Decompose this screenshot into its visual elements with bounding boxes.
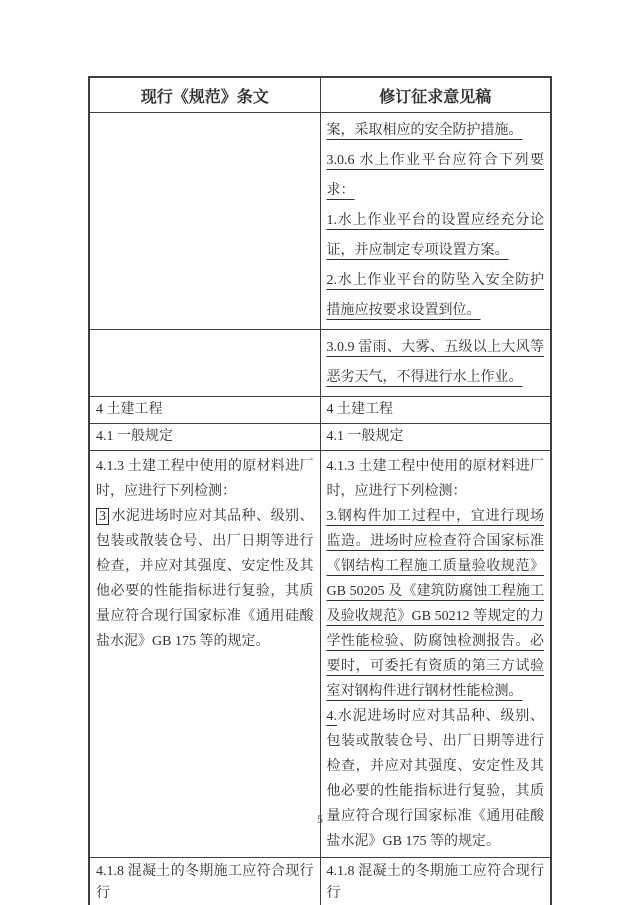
comparison-table: 现行《规范》条文 修订征求意见稿 案，采取相应的安全防护措施。3.0.6 水上作…: [88, 76, 552, 905]
text-segment: 4.1.8 混凝土的冬期施工应符合现行行: [327, 864, 545, 901]
boxed-number: 3: [96, 508, 109, 525]
paragraph: 3.0.6 水上作业平台应符合下列要求：: [327, 146, 545, 206]
cell-left: 4.1.3 土建工程中使用的原材料进厂时，应进行下列检测：3水泥进场时应对其品种…: [89, 451, 320, 858]
cell-left: 4 土建工程: [89, 397, 320, 424]
paragraph: 3水泥进场时应对其品种、级别、包装或散装仓号、出厂日期等进行检查，并应对其强度、…: [96, 504, 314, 654]
scanned-document-page: 现行《规范》条文 修订征求意见稿 案，采取相应的安全防护措施。3.0.6 水上作…: [0, 0, 640, 905]
cell-right: 4.1 一般规定: [320, 424, 551, 451]
paragraph: 3.钢构件加工过程中，宜进行现场监造。进场时应检查符合国家标准《钢结构工程施工质…: [327, 504, 545, 704]
paragraph: 4.1.8 混凝土的冬期施工应符合现行行: [327, 861, 545, 905]
paragraph: 4 土建工程: [96, 400, 314, 420]
paragraph: 案，采取相应的安全防护措施。: [327, 116, 545, 146]
table-row: 4.1 一般规定4.1 一般规定: [89, 424, 551, 451]
paragraph: 1.水上作业平台的设置应经充分论证，并应制定专项设置方案。: [327, 206, 545, 266]
text-segment: 3.0.9 雷雨、大雾、五级以上大风等恶劣天气，不得进行水上作业。: [327, 340, 545, 385]
header-revision-draft-column: 修订征求意见稿: [320, 77, 551, 113]
cell-right: 4.1.8 混凝土的冬期施工应符合现行行: [320, 858, 551, 905]
cell-right: 4.1.3 土建工程中使用的原材料进厂时，应进行下列检测：3.钢构件加工过程中，…: [320, 451, 551, 858]
text-segment: 4.1.8 混凝土的冬期施工应符合现行行: [96, 864, 314, 901]
paragraph: 4.1.8 混凝土的冬期施工应符合现行行: [96, 861, 314, 905]
header-current-spec-column: 现行《规范》条文: [89, 77, 320, 113]
text-segment: 案，采取相应的安全防护措施。: [327, 123, 523, 138]
text-segment: 4 土建工程: [96, 402, 163, 417]
table-header-row: 现行《规范》条文 修订征求意见稿: [89, 77, 551, 113]
text-segment: 3.钢构件加工过程中，宜进行现场监造。进场时应检查符合国家标准《钢结构工程施工质…: [327, 509, 545, 699]
text-segment: 4.: [327, 709, 338, 724]
paragraph: 4.1 一般规定: [327, 427, 545, 447]
table-row: 4.1.3 土建工程中使用的原材料进厂时，应进行下列检测：3水泥进场时应对其品种…: [89, 451, 551, 858]
text-segment: 2.水上作业平台的防坠入安全防护措施应按要求设置到位。: [327, 273, 545, 318]
cell-right: 案，采取相应的安全防护措施。3.0.6 水上作业平台应符合下列要求：1.水上作业…: [320, 113, 551, 330]
page-number: 5: [0, 812, 640, 827]
text-segment: 4.1 一般规定: [327, 429, 404, 444]
text-segment: 4.1.3 土建工程中使用的原材料进厂时，应进行下列检测：: [96, 459, 314, 499]
text-segment: 4 土建工程: [327, 402, 394, 417]
text-segment: 水泥进场时应对其品种、级别、包装或散装仓号、出厂日期等进行检查，并应对其强度、安…: [96, 509, 314, 649]
table-row: 4.1.8 混凝土的冬期施工应符合现行行4.1.8 混凝土的冬期施工应符合现行行: [89, 858, 551, 905]
paragraph: 4.1.3 土建工程中使用的原材料进厂时，应进行下列检测：: [96, 454, 314, 504]
text-segment: 4.1.3 土建工程中使用的原材料进厂时，应进行下列检测：: [327, 459, 545, 499]
cell-left: 4.1 一般规定: [89, 424, 320, 451]
paragraph: 4.1.3 土建工程中使用的原材料进厂时，应进行下列检测：: [327, 454, 545, 504]
paragraph: 4 土建工程: [327, 400, 545, 420]
cell-left: [89, 113, 320, 330]
text-segment: 水泥进场时应对其品种、级别、包装或散装仓号、出厂日期等进行检查，并应对其强度、安…: [327, 709, 545, 849]
text-segment: 1.水上作业平台的设置应经充分论证，并应制定专项设置方案。: [327, 213, 545, 258]
table-row: 3.0.9 雷雨、大雾、五级以上大风等恶劣天气，不得进行水上作业。: [89, 330, 551, 397]
paragraph: 2.水上作业平台的防坠入安全防护措施应按要求设置到位。: [327, 266, 545, 326]
cell-right: 3.0.9 雷雨、大雾、五级以上大风等恶劣天气，不得进行水上作业。: [320, 330, 551, 397]
paragraph: 4.1 一般规定: [96, 427, 314, 447]
paragraph: 4.水泥进场时应对其品种、级别、包装或散装仓号、出厂日期等进行检查，并应对其强度…: [327, 704, 545, 854]
cell-left: [89, 330, 320, 397]
text-segment: 3.0.6 水上作业平台应符合下列要求：: [327, 153, 545, 198]
table-row: 案，采取相应的安全防护措施。3.0.6 水上作业平台应符合下列要求：1.水上作业…: [89, 113, 551, 330]
cell-right: 4 土建工程: [320, 397, 551, 424]
cell-left: 4.1.8 混凝土的冬期施工应符合现行行: [89, 858, 320, 905]
paragraph: 3.0.9 雷雨、大雾、五级以上大风等恶劣天气，不得进行水上作业。: [327, 333, 545, 393]
table-row: 4 土建工程4 土建工程: [89, 397, 551, 424]
text-segment: 4.1 一般规定: [96, 429, 173, 444]
